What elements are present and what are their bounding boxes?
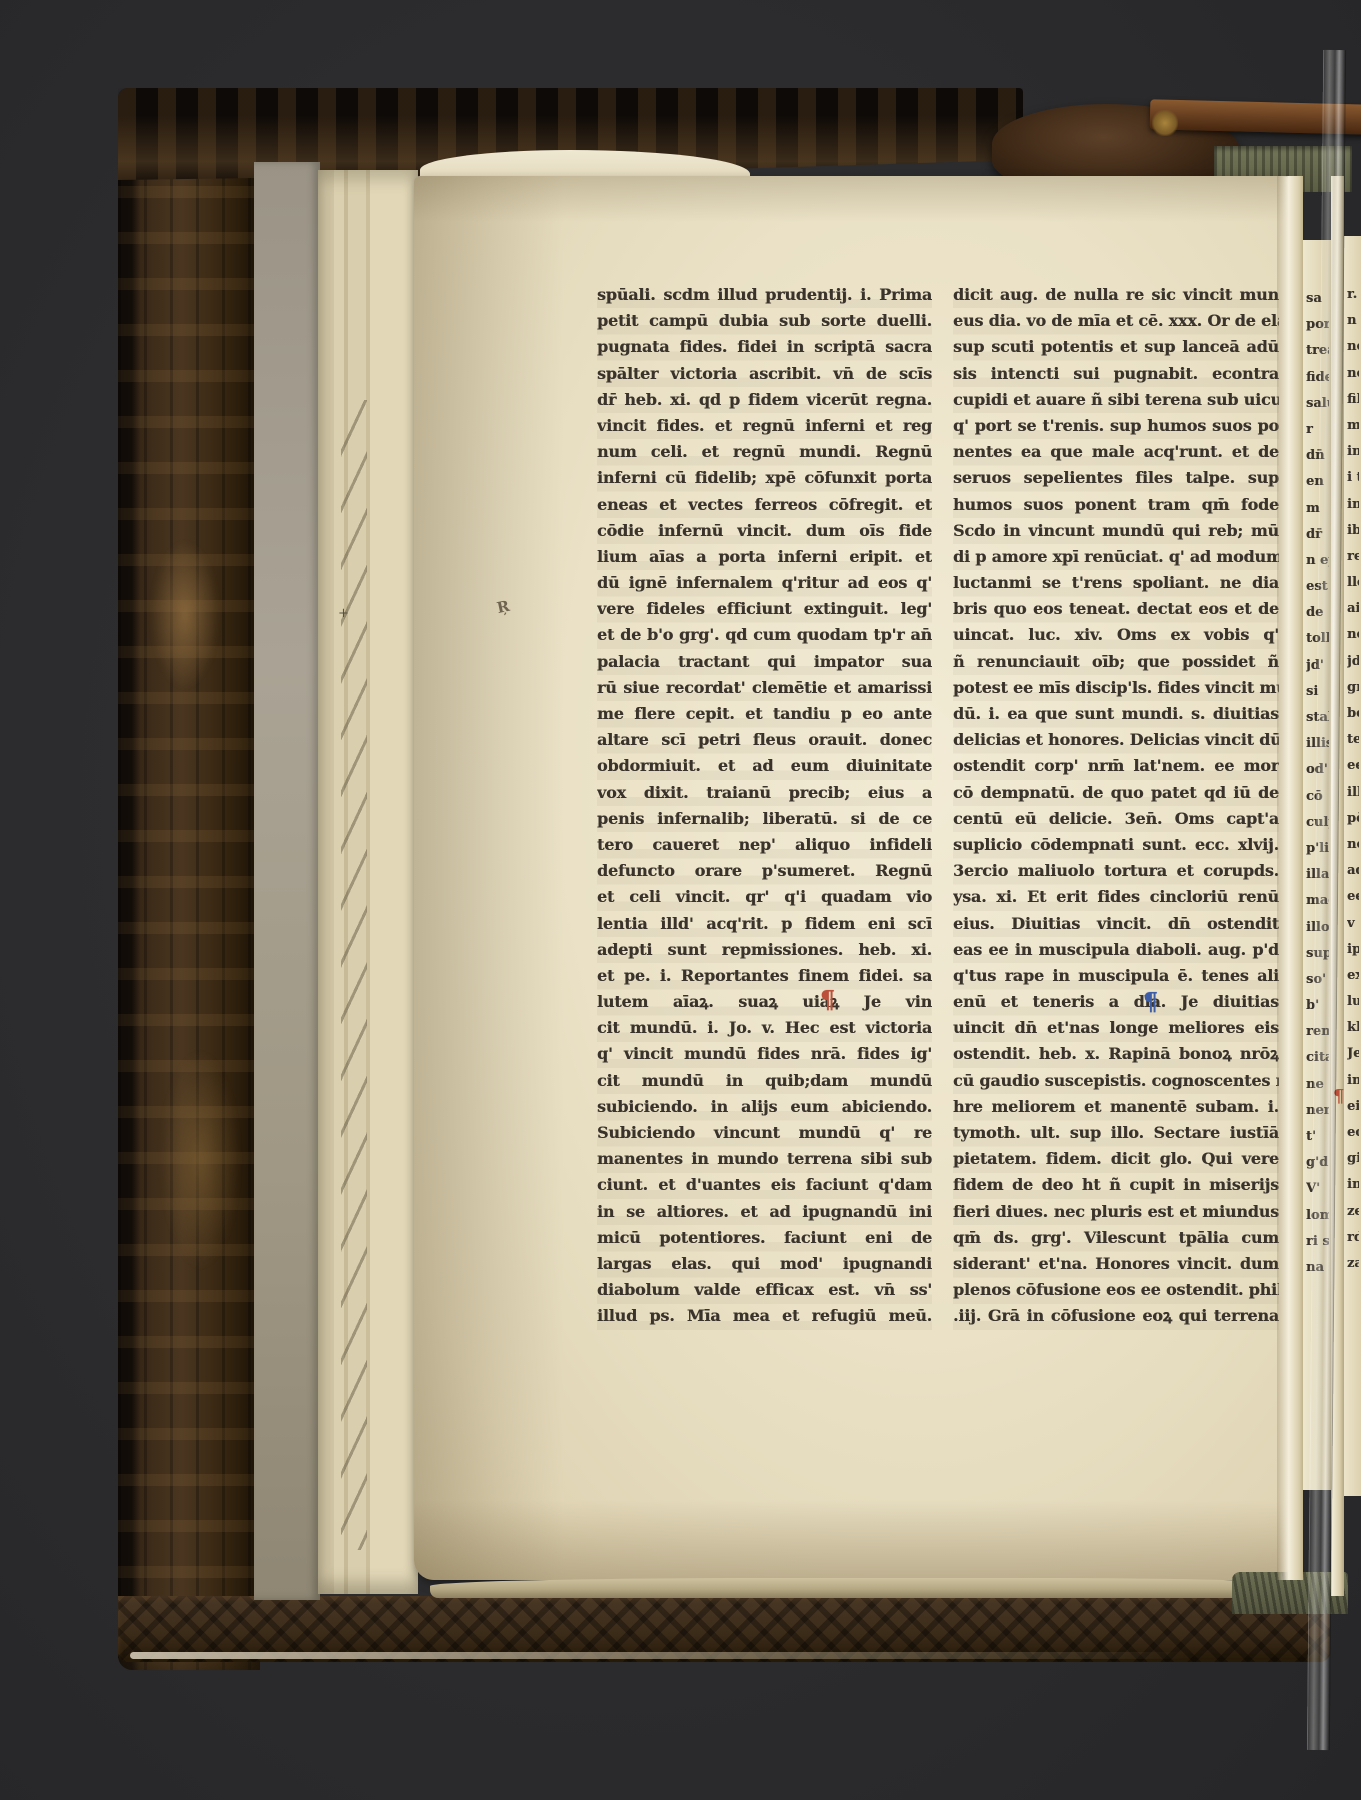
page-top-shadow bbox=[414, 176, 1292, 222]
text-line: ee bbox=[1347, 884, 1359, 910]
text-line: llo q bbox=[1347, 570, 1359, 596]
text-line: sis intencti sui pugnabit. econtra bbox=[953, 361, 1279, 387]
text-line: petit campū dubia sub sorte duelli. bbox=[597, 308, 932, 334]
text-line: cō dempnatū. de quo patet qd iū de bbox=[953, 780, 1279, 806]
text-line: vincit fides. et regnū inferni et reg bbox=[597, 413, 932, 439]
text-line: i tem bbox=[1347, 465, 1359, 491]
text-line: ysa. xi. Et erit fides cincloriū renū bbox=[953, 884, 1279, 910]
text-line: centū eū delicie. 3en̄. Oms capt'a bbox=[953, 806, 1279, 832]
leather-cover-left bbox=[118, 88, 260, 1670]
text-line: plenos cōfusione eos ee ostendit. phil. bbox=[953, 1277, 1279, 1303]
text-line: illud ps. Mīa mea et refugiū meū. bbox=[597, 1303, 932, 1329]
text-line: defuncto orare p'sumeret. Regnū bbox=[597, 858, 932, 884]
text-line: q' vincit mundū fides nrā. fides ig' bbox=[597, 1041, 932, 1067]
text-line: tero caueret nep' aliquo infideli bbox=[597, 832, 932, 858]
text-line: magis bbox=[1347, 413, 1359, 439]
text-line: gim bbox=[1347, 1146, 1359, 1172]
text-line: num celi. et regnū mundi. Regnū bbox=[597, 439, 932, 465]
photograph-of-manuscript: spūali. scdm illud prudentij. i. Primape… bbox=[0, 0, 1361, 1800]
text-line: suplicio cōdempnati sunt. ecc. xlvij. bbox=[953, 832, 1279, 858]
text-line: gnat bbox=[1347, 675, 1359, 701]
strap-stitching bbox=[1152, 110, 1178, 136]
text-line: ein bbox=[1347, 1094, 1359, 1120]
fore-edge-text: r. b.n dn̄noisenoysfiliemagisin tpli tem… bbox=[1344, 236, 1361, 1277]
text-line: rde bbox=[1347, 1225, 1359, 1251]
text-line: Je bbox=[1347, 1041, 1359, 1067]
text-line: altare scī petri fleus orauit. donec bbox=[597, 727, 932, 753]
text-line: di p amore xpī renūciat. q' ad modum bbox=[953, 544, 1279, 570]
text-line: inferni cū fidelib; xpē cōfunxit porta bbox=[597, 465, 932, 491]
text-line: 3ercio maliuolo tortura et corupds. bbox=[953, 858, 1279, 884]
gray-flyleaf bbox=[254, 162, 320, 1600]
text-line: zale bbox=[1347, 1251, 1359, 1277]
text-line: lutem aīaꝝ. suaꝝ uiaꝝ Je vin bbox=[597, 989, 932, 1015]
text-line: pietatem. fidem. dicit glo. Qui vere bbox=[953, 1146, 1279, 1172]
text-line: sup scuti potentis et sup lanceā adū bbox=[953, 334, 1279, 360]
text-line: cupidi et auare ñ sibi terena sub uicut bbox=[953, 387, 1279, 413]
quire-stitch-ticks bbox=[341, 400, 367, 1550]
text-line: dicit aug. de nulla re sic vincit mun bbox=[953, 282, 1279, 308]
text-line: dr̄ heb. xi. qd p fidem vicerūt regna. bbox=[597, 387, 932, 413]
text-line: penis infernalib; liberatū. si de ce bbox=[597, 806, 932, 832]
text-line: cōdie infernū vincit. dum oīs fide bbox=[597, 518, 932, 544]
text-line: spūali. scdm illud prudentij. i. Prima bbox=[597, 282, 932, 308]
text-line: neq; bbox=[1347, 622, 1359, 648]
text-line: fieri diues. nec pluris est et miundus bbox=[953, 1199, 1279, 1225]
text-line: dū. i. ea que sunt mundi. s. diuitias bbox=[953, 701, 1279, 727]
text-line: in tpl bbox=[1347, 439, 1359, 465]
text-line: et de b'o grg'. qd cum quodam tp'r an̄ bbox=[597, 622, 932, 648]
text-line: nentes ea que male acq'runt. et de bbox=[953, 439, 1279, 465]
text-line: uincat. luc. xiv. Oms ex vobis q' bbox=[953, 622, 1279, 648]
text-line: seruos sepelientes files talpe. sup bbox=[953, 465, 1279, 491]
text-line: lue bbox=[1347, 989, 1359, 1015]
text-column-right: dicit aug. de nulla re sic vincit muneus… bbox=[953, 282, 1279, 1334]
text-line: fidem de deo ht ñ cupit in miserijs bbox=[953, 1172, 1279, 1198]
text-line: r. b. bbox=[1347, 282, 1359, 308]
fore-edge-fold bbox=[1277, 176, 1303, 1580]
page-edge-stack bbox=[318, 170, 418, 1594]
text-line: ee est bbox=[1347, 753, 1359, 779]
text-line: micū potentiores. faciunt eni de bbox=[597, 1225, 932, 1251]
text-line: adepti sunt repmissiones. heb. xi. bbox=[597, 937, 932, 963]
text-line: filie bbox=[1347, 387, 1359, 413]
text-line: rū siue recordat' clemētie et amarissi bbox=[597, 675, 932, 701]
text-line: humos suos ponent tram qm̄ fode bbox=[953, 492, 1279, 518]
text-line: dū ignē infernalem q'ritur ad eos q' bbox=[597, 570, 932, 596]
text-line: ex. bbox=[1347, 963, 1359, 989]
text-line: palacia tractant qui impator sua bbox=[597, 649, 932, 675]
text-line: obdormiuit. et ad eum diuinitate bbox=[597, 753, 932, 779]
text-line: ternū bbox=[1347, 727, 1359, 753]
text-line: et pe. i. Reportantes finem fidei. sa bbox=[597, 963, 932, 989]
bottom-page-edges bbox=[430, 1578, 1290, 1598]
text-line: illē de bbox=[1347, 780, 1359, 806]
text-line: eneas et vectes ferreos cōfregit. et bbox=[597, 492, 932, 518]
text-line: potest ee mīs discip'ls. fides vincit mū bbox=[953, 675, 1279, 701]
text-line: n dn̄ bbox=[1347, 308, 1359, 334]
text-line: lium aīas a porta inferni eripit. et bbox=[597, 544, 932, 570]
text-line: luctanmi se t'rens spoliant. ne dia bbox=[953, 570, 1279, 596]
text-line: tymoth. ult. sup illo. Sectare iustīā bbox=[953, 1120, 1279, 1146]
text-line: noise bbox=[1347, 334, 1359, 360]
text-line: ib; v. bbox=[1347, 518, 1359, 544]
text-line: pō in bbox=[1347, 806, 1359, 832]
text-line: ostendit corp' nrm̄ lat'nem. ee mor bbox=[953, 753, 1279, 779]
text-line: vere fideles efficiunt extinguit. leg' bbox=[597, 596, 932, 622]
blue-paraph-mark: ¶ bbox=[1143, 990, 1158, 1014]
text-line: noys bbox=[1347, 361, 1359, 387]
text-line: q' port se t'renis. sup humos suos po bbox=[953, 413, 1279, 439]
text-line: q'tus rape in muscipula ē. tenes ali bbox=[953, 963, 1279, 989]
text-line: et celi vincit. qr' q'i quadam vio bbox=[597, 884, 932, 910]
text-line: Subiciendo vincunt mundū q' re bbox=[597, 1120, 932, 1146]
text-line: ing' bbox=[1347, 1172, 1359, 1198]
red-paraph-mark: ¶ bbox=[820, 988, 835, 1012]
text-line: ostendit. heb. x. Rapinā bonoꝝ nrōꝝ bbox=[953, 1041, 1279, 1067]
text-line: subiciendo. in alijs eum abiciendo. bbox=[597, 1094, 932, 1120]
text-line: manentes in mundo terrena sibi sub bbox=[597, 1146, 932, 1172]
text-line: ñ renunciauit oīb; que possidet ñ bbox=[953, 649, 1279, 675]
page-bottom-shadow bbox=[414, 1500, 1292, 1580]
text-line: bris quo eos teneat. dectat eos et de bbox=[953, 596, 1279, 622]
text-line: spālter victoria ascribit. vn̄ de scīs bbox=[597, 361, 932, 387]
text-line: cū gaudio suscepistis. cognoscentes nō bbox=[953, 1068, 1279, 1094]
text-line: beu bbox=[1347, 701, 1359, 727]
text-line: lentia illd' acq'rit. p fidem eni scī bbox=[597, 911, 932, 937]
text-line: klie bbox=[1347, 1015, 1359, 1041]
text-line: Scdo in vincunt mundū qui reb; mū bbox=[953, 518, 1279, 544]
text-line: eo' bbox=[1347, 1120, 1359, 1146]
text-line: cit mundū in quib;dam mundū bbox=[597, 1068, 932, 1094]
text-line: enū et teneris a dīa. Je diuitias bbox=[953, 989, 1279, 1015]
text-line: diabolum valde efficax est. vn̄ ss' bbox=[597, 1277, 932, 1303]
text-line: ad bbox=[1347, 858, 1359, 884]
text-line: im bbox=[1347, 1068, 1359, 1094]
text-line: uincit dn̄ et'nas longe meliores eis bbox=[953, 1015, 1279, 1041]
text-line: ze bbox=[1347, 1199, 1359, 1225]
text-line: ciunt. et d'uantes eis faciunt q'dam bbox=[597, 1172, 932, 1198]
text-line: .iij. Grā in cōfusione eoꝝ qui terrena bbox=[953, 1303, 1279, 1329]
text-line: siderant' et'na. Honores vincit. dum bbox=[953, 1251, 1279, 1277]
text-line: me flere cepit. et tandiu p eo ante bbox=[597, 701, 932, 727]
text-line: vox dixit. traianū precib; eius a bbox=[597, 780, 932, 806]
text-line: cit mundū. i. Jo. v. Hec est victoria bbox=[597, 1015, 932, 1041]
text-line: largas elas. qui mod' ipugnandi bbox=[597, 1251, 932, 1277]
text-line: eas ee in muscipula diaboli. aug. p'd bbox=[953, 937, 1279, 963]
text-column-left: spūali. scdm illud prudentij. i. Primape… bbox=[597, 282, 932, 1334]
gutter-shadow bbox=[414, 176, 564, 1580]
text-line: inmā bbox=[1347, 492, 1359, 518]
text-line: redu bbox=[1347, 544, 1359, 570]
text-line: v bbox=[1347, 911, 1359, 937]
text-line: eius. Diuitias vincit. dn̄ ostendit bbox=[953, 911, 1279, 937]
text-line: hre meliorem et manentē subam. i. bbox=[953, 1094, 1279, 1120]
text-line: delicias et honores. Delicias vincit dū bbox=[953, 727, 1279, 753]
text-line: in se altiores. et ad ipugnandū ini bbox=[597, 1199, 932, 1225]
cover-rim-highlight bbox=[130, 1652, 1190, 1659]
text-line: qm̄ ds. grg'. Vilescunt tpālia cum bbox=[953, 1225, 1279, 1251]
text-line: eus dia. vo de mīa et cē. xxx. Or de ela bbox=[953, 308, 1279, 334]
text-line: ips bbox=[1347, 937, 1359, 963]
text-line: ne bbox=[1347, 832, 1359, 858]
fore-edge-strip-2: r. b.n dn̄noisenoysfiliemagisin tpli tem… bbox=[1344, 236, 1361, 1496]
text-line: jd m bbox=[1347, 649, 1359, 675]
text-line: ai mor bbox=[1347, 596, 1359, 622]
flyleaf-cross-mark: + bbox=[338, 606, 349, 621]
text-line: pugnata fides. fidei in scriptā sacra bbox=[597, 334, 932, 360]
